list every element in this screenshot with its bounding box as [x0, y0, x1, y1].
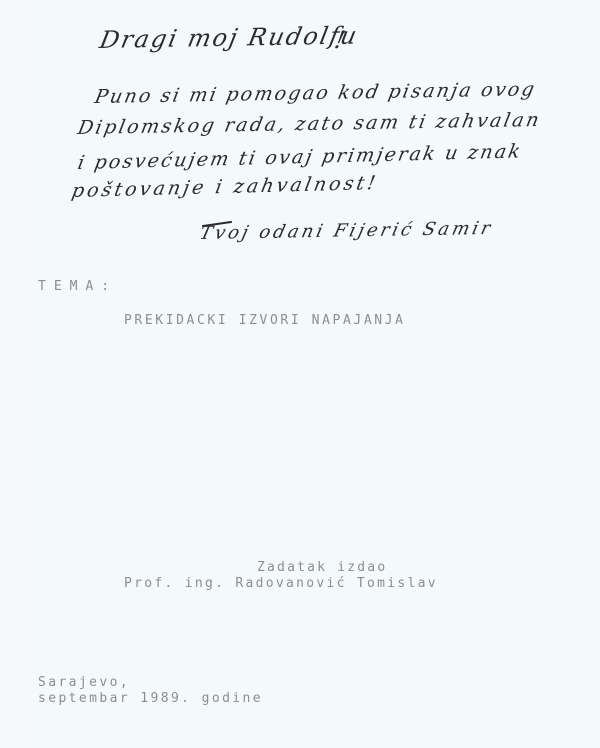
dedication-line-4: poštovanje i zahvalnost! [70, 172, 380, 202]
thesis-title: PREKIDACKI IZVORI NAPAJANJA [124, 313, 406, 328]
topic-label: TEMA: [38, 279, 117, 294]
place: Sarajevo, [38, 675, 130, 690]
date: septembar 1989. godine [38, 691, 263, 706]
issuer-name: Prof. ing. Radovanović Tomislav [124, 576, 438, 591]
dedication-greeting: Dragi moj Rudolfu [97, 22, 361, 54]
dedication-line-3: i posvećujem ti ovaj primjerak u znak [76, 140, 524, 174]
dedication-line-2: Diplomskog rada, zato sam ti zahvalan [76, 109, 543, 139]
scanned-page: Dragi moj Rudolfu ! Puno si mi pomogao k… [0, 0, 600, 748]
dedication-line-1: Puno si mi pomogao kod pisanja ovog [93, 78, 538, 108]
dedication-signature: Tvoj odani Fijerić Samir [198, 218, 496, 244]
issuer-label: Zadatak izdao [257, 560, 387, 575]
